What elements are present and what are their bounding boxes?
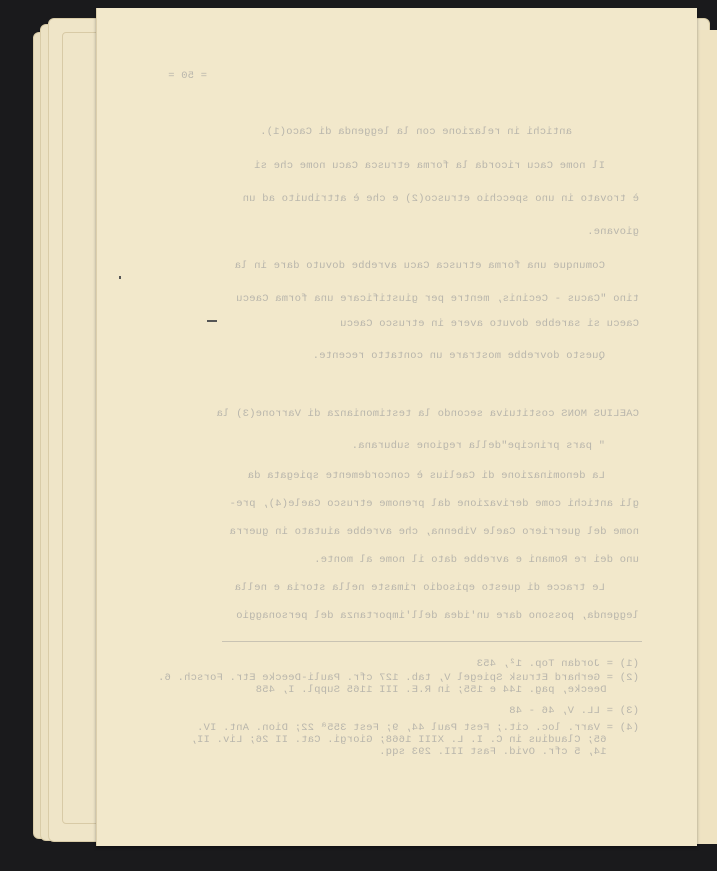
- body-line: tino "Cacus - Cecinis, mentre per giusti…: [236, 293, 639, 305]
- body-line: giovane.: [587, 226, 639, 238]
- show-through-text: = 50 = antichi in relazione con la legge…: [97, 8, 697, 846]
- footnote: 65; Claudius in C. I. L. XIII 1668; Gior…: [190, 734, 639, 746]
- body-line: CAELIUS MONS costituiva secondo la testi…: [216, 408, 639, 420]
- body-line: nome del guerriero Caele Vibenna, che av…: [229, 526, 639, 538]
- body-line: La denominazione di Caelius è concordeme…: [247, 470, 605, 482]
- body-line: Questo dovrebbe mostrare un contatto rec…: [312, 350, 605, 362]
- document-page: = 50 = antichi in relazione con la legge…: [96, 8, 697, 846]
- footnote: (4) = Varr. loc. cit.; Fest Paul 44, 9; …: [197, 722, 639, 734]
- body-line: è trovato in uno specchio etrusco(2) e c…: [242, 193, 639, 205]
- body-line: gli antichi come derivazione dal prenome…: [229, 498, 639, 510]
- body-line: antichi in relazione con la leggenda di …: [260, 126, 572, 138]
- ink-mark: [207, 320, 217, 322]
- body-line: Caecu si sarebbe dovuto avere in etrusco…: [340, 318, 639, 330]
- body-line: " pars principe"della regione suburana.: [351, 440, 605, 452]
- body-line: uno dei re Romani e avrebbe dato il nome…: [314, 554, 639, 566]
- body-line: leggenda, possono dare un'idea dell'impo…: [236, 610, 639, 622]
- footnote: Deecke, pag. 144 e 155; in R.E. III 1165…: [255, 684, 639, 696]
- footnote: (3) = LL. V, 46 - 48: [509, 705, 639, 717]
- footnote: (1) = Jordan Top. 1², 453: [476, 658, 639, 670]
- body-line: Comunque una forma etrusca Cacu avrebbe …: [234, 260, 605, 272]
- footnote: (2) = Gerhard Etrusk Spiegel V, tab. 127…: [158, 672, 639, 684]
- body-line: Il nome Cacu ricorda la forma etrusca Ca…: [254, 160, 605, 172]
- footnote-rule: [222, 641, 642, 642]
- footnote: 14, 5 cfr. Ovid. Fast III. 293 sqq.: [379, 746, 639, 758]
- ink-dot: [119, 276, 121, 279]
- page-number: = 50 =: [168, 70, 207, 82]
- body-line: Le tracce di questo episodio rimaste nel…: [234, 582, 605, 594]
